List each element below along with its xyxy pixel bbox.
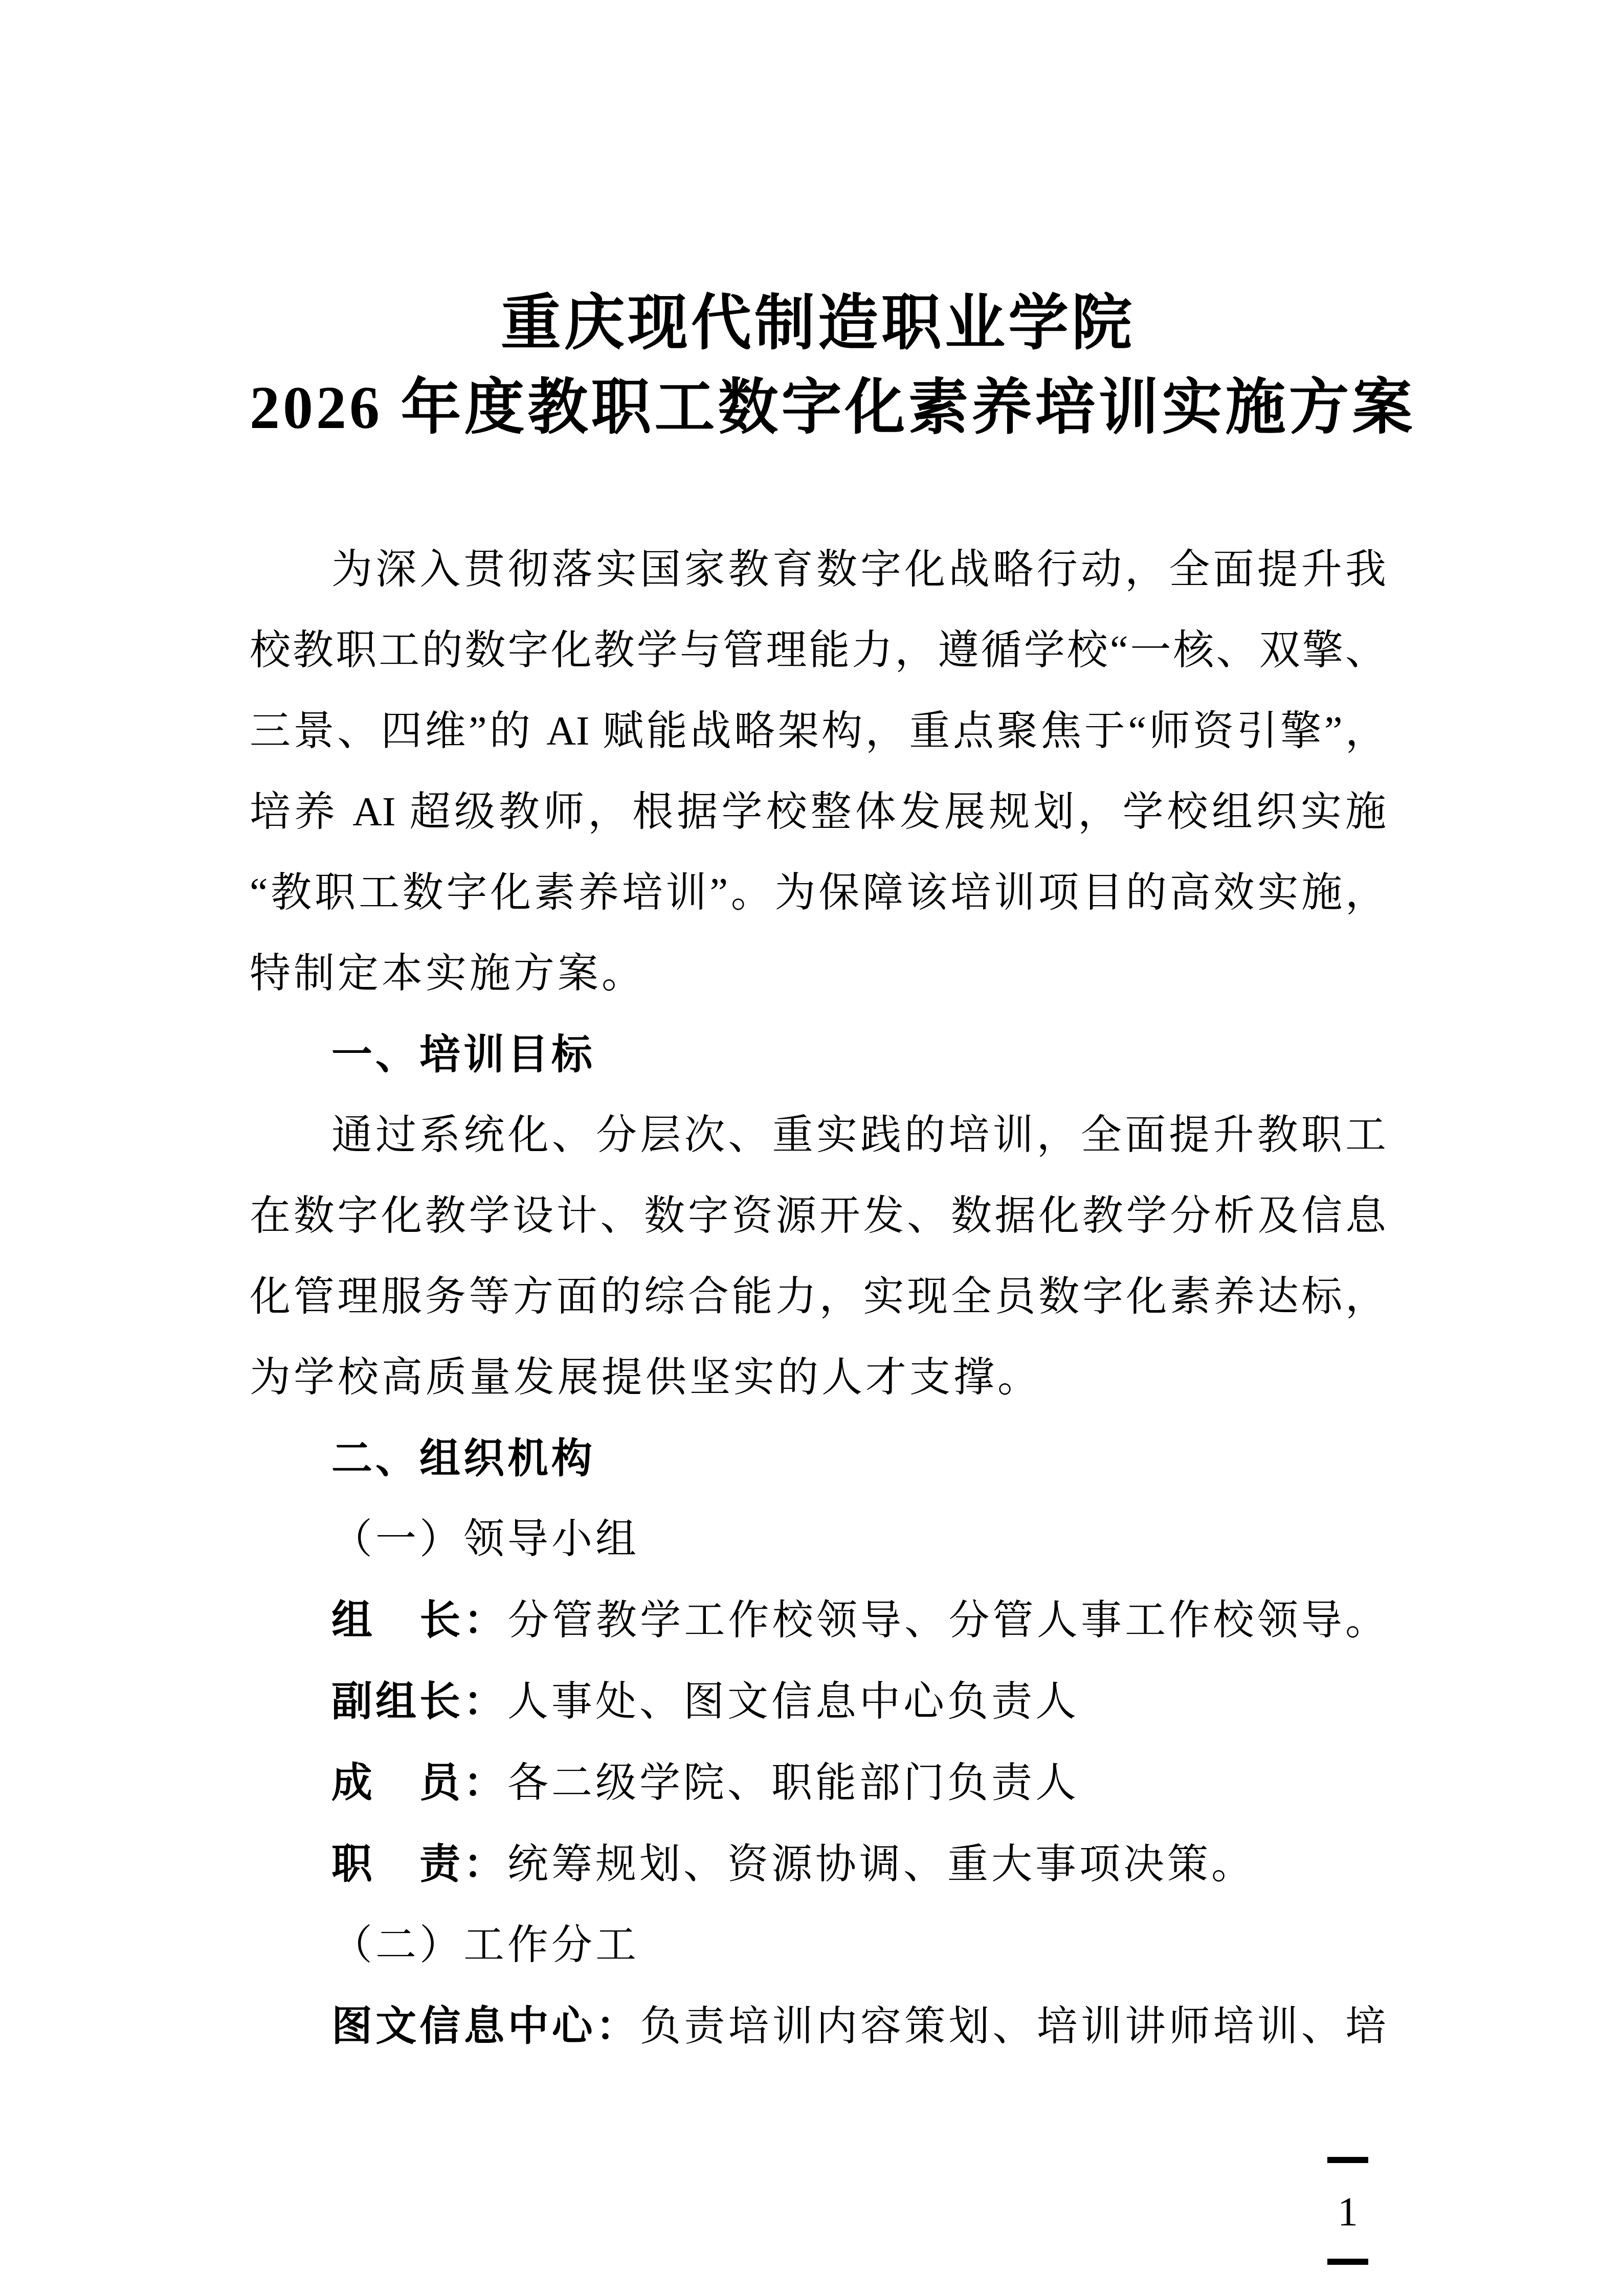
info-center-label: 图文信息中心： xyxy=(331,2003,640,2049)
section-heading-training-goals: 一、培训目标 xyxy=(250,1014,1386,1095)
school-name-title: 重庆现代制造职业学院 xyxy=(250,281,1386,366)
intro-line-4: 培养 AI 超级教师，根据学校整体发展规划，学校组织实施 xyxy=(250,772,1386,852)
goals-line-4: 为学校高质量发展提供坚实的人才支撑。 xyxy=(250,1337,1386,1418)
duties-label: 职 责： xyxy=(331,1841,507,1886)
title-block: 重庆现代制造职业学院 2026 年度教职工数字化素养培训实施方案 xyxy=(250,0,1386,450)
deputy-leader-value: 人事处、图文信息中心负责人 xyxy=(507,1679,1079,1724)
leader-label: 组 长： xyxy=(331,1597,508,1642)
intro-line-2: 校教职工的数字化教学与管理能力，遵循学校“一核、双擎、 xyxy=(250,610,1386,691)
goals-line-1: 通过系统化、分层次、重实践的培训，全面提升教职工 xyxy=(250,1095,1386,1176)
duties-value: 统筹规划、资源协调、重大事项决策。 xyxy=(507,1842,1255,1887)
info-center-line: 图文信息中心：负责培训内容策划、培训讲师培训、培 xyxy=(250,1986,1386,2067)
goals-line-3: 化管理服务等方面的综合能力，实现全员数字化素养达标， xyxy=(250,1256,1386,1337)
goals-line-2: 在数字化教学设计、数字资源开发、数据化教学分析及信息 xyxy=(250,1176,1386,1256)
document-page: 重庆现代制造职业学院 2026 年度教职工数字化素养培训实施方案 为深入贯彻落实… xyxy=(0,0,1624,2296)
page-number-top-dash xyxy=(1327,2157,1368,2163)
subsection-heading-leading-group: （一）领导小组 xyxy=(250,1499,1386,1580)
members-label: 成 员： xyxy=(331,1760,507,1805)
leader-line: 组 长：分管教学工作校领导、分管人事工作校领导。 xyxy=(250,1580,1386,1661)
body-text-block: 为深入贯彻落实国家教育数字化战略行动，全面提升我 校教职工的数字化教学与管理能力… xyxy=(250,529,1386,2067)
page-number-digit: 1 xyxy=(1323,2192,1372,2233)
duties-line: 职 责：统筹规划、资源协调、重大事项决策。 xyxy=(250,1824,1386,1905)
members-line: 成 员：各二级学院、职能部门负责人 xyxy=(250,1742,1386,1824)
info-center-value: 负责培训内容策划、培训讲师培训、培 xyxy=(640,2004,1386,2049)
intro-line-6: 特制定本实施方案。 xyxy=(250,933,1386,1014)
deputy-leader-label: 副组长： xyxy=(331,1678,507,1724)
deputy-leader-line: 副组长：人事处、图文信息中心负责人 xyxy=(250,1661,1386,1742)
document-title: 2026 年度教职工数字化素养培训实施方案 xyxy=(250,366,1386,450)
intro-line-1: 为深入贯彻落实国家教育数字化战略行动，全面提升我 xyxy=(250,529,1386,610)
text-column: 重庆现代制造职业学院 2026 年度教职工数字化素养培训实施方案 为深入贯彻落实… xyxy=(250,0,1386,2067)
section-heading-organization: 二、组织机构 xyxy=(250,1418,1386,1499)
subsection-heading-work-division: （二）工作分工 xyxy=(250,1905,1386,1986)
members-value: 各二级学院、职能部门负责人 xyxy=(507,1761,1079,1806)
intro-line-3: 三景、四维”的 AI 赋能战略架构，重点聚焦于“师资引擎”， xyxy=(250,691,1386,772)
page-number: 1 xyxy=(1323,2157,1372,2265)
page-number-bottom-dash xyxy=(1327,2259,1368,2265)
leader-value: 分管教学工作校领导、分管人事工作校领导。 xyxy=(508,1598,1386,1643)
intro-line-5: “教职工数字化素养培训”。为保障该培训项目的高效实施， xyxy=(250,852,1386,933)
